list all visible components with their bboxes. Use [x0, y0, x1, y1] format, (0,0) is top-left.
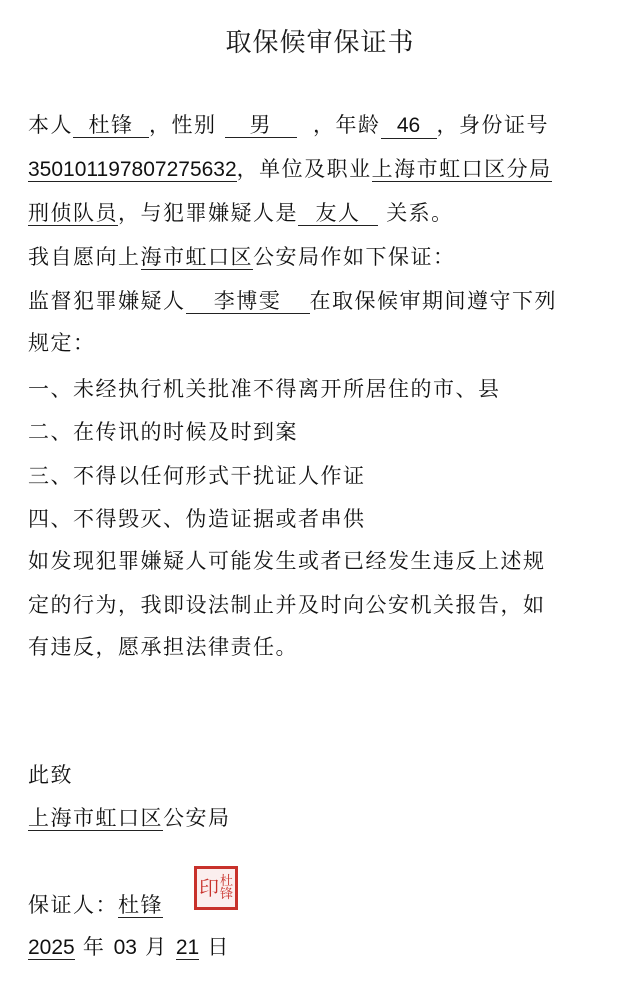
district-field: 海市虹口区: [141, 245, 254, 270]
employer-field-part1: 上海市虹口区分局: [372, 157, 552, 182]
date-year: 2025: [28, 936, 75, 960]
id-number-field: 350101197807275632: [28, 158, 237, 182]
label-self: 本人: [28, 113, 73, 137]
rule-item: 三、不得以任何形式干扰证人作证: [28, 461, 366, 491]
signature-line: 保证人：杜锋: [28, 890, 163, 920]
date-month: 03: [114, 936, 137, 959]
red-seal-stamp: 印 杜 锋: [194, 866, 238, 910]
rules-heading: 规定：: [28, 328, 96, 358]
guarantor-name-field: 杜锋: [73, 113, 149, 138]
date-year-label: 年: [83, 935, 106, 959]
label-employer: ，单位及职业: [237, 157, 372, 181]
suspect-name-field: 李博雯: [186, 289, 310, 314]
gender-field: 男: [225, 113, 297, 138]
pledge-intro-p2: 公安局作如下保证：: [253, 245, 456, 269]
relationship-line: 刑侦队员，与犯罪嫌疑人是友人 关系。: [28, 198, 454, 228]
closing-paragraph-line: 有违反，愿承担法律责任。: [28, 632, 298, 662]
label-age: ，年龄: [313, 113, 381, 137]
supervise-p2: 在取保候审期间遵守下列: [310, 289, 558, 313]
label-id-number: ，身份证号: [437, 113, 550, 137]
recipient-rest: 公安局: [163, 806, 231, 830]
rule-item: 二、在传讯的时候及时到案: [28, 417, 298, 447]
signature-name: 杜锋: [118, 893, 163, 918]
recipient-line: 上海市虹口区公安局: [28, 803, 231, 833]
label-relationship: ，与犯罪嫌疑人是: [118, 201, 298, 225]
date-day-label: 日: [207, 935, 230, 959]
label-gender: ，性别: [149, 113, 217, 137]
supervise-p1: 监督犯罪嫌疑人: [28, 289, 186, 313]
relationship-field: 友人: [298, 201, 378, 226]
pledge-intro-p1: 我自愿向上: [28, 245, 141, 269]
label-relationship-suffix: 关系。: [386, 201, 454, 225]
salutation: 此致: [28, 760, 73, 790]
guarantor-info-line: 本人杜锋，性别 男 ，年龄46，身份证号: [28, 110, 549, 140]
rule-item: 四、不得毁灭、伪造证据或者串供: [28, 504, 366, 534]
page-title: 取保候审保证书: [0, 22, 640, 59]
id-employer-line: 350101197807275632，单位及职业上海市虹口区分局: [28, 154, 552, 184]
seal-char: 锋: [220, 888, 233, 901]
recipient-underlined: 上海市虹口区: [28, 806, 163, 831]
closing-paragraph-line: 如发现犯罪嫌疑人可能发生或者已经发生违反上述规: [28, 546, 546, 576]
age-field: 46: [381, 114, 437, 139]
closing-paragraph-line: 定的行为，我即设法制止并及时向公安机关报告，如: [28, 590, 546, 620]
date-day: 21: [176, 936, 199, 960]
seal-char-yin: 印: [199, 878, 219, 898]
signature-label: 保证人：: [28, 893, 118, 917]
rule-item: 一、未经执行机关批准不得离开所居住的市、县: [28, 374, 501, 404]
pledge-intro-line: 我自愿向上海市虹口区公安局作如下保证：: [28, 242, 456, 272]
employer-field-part2: 刑侦队员: [28, 201, 118, 226]
date-line: 2025 年 03 月 21 日: [28, 932, 230, 963]
date-month-label: 月: [145, 935, 168, 959]
supervise-line: 监督犯罪嫌疑人李博雯在取保候审期间遵守下列: [28, 286, 557, 316]
